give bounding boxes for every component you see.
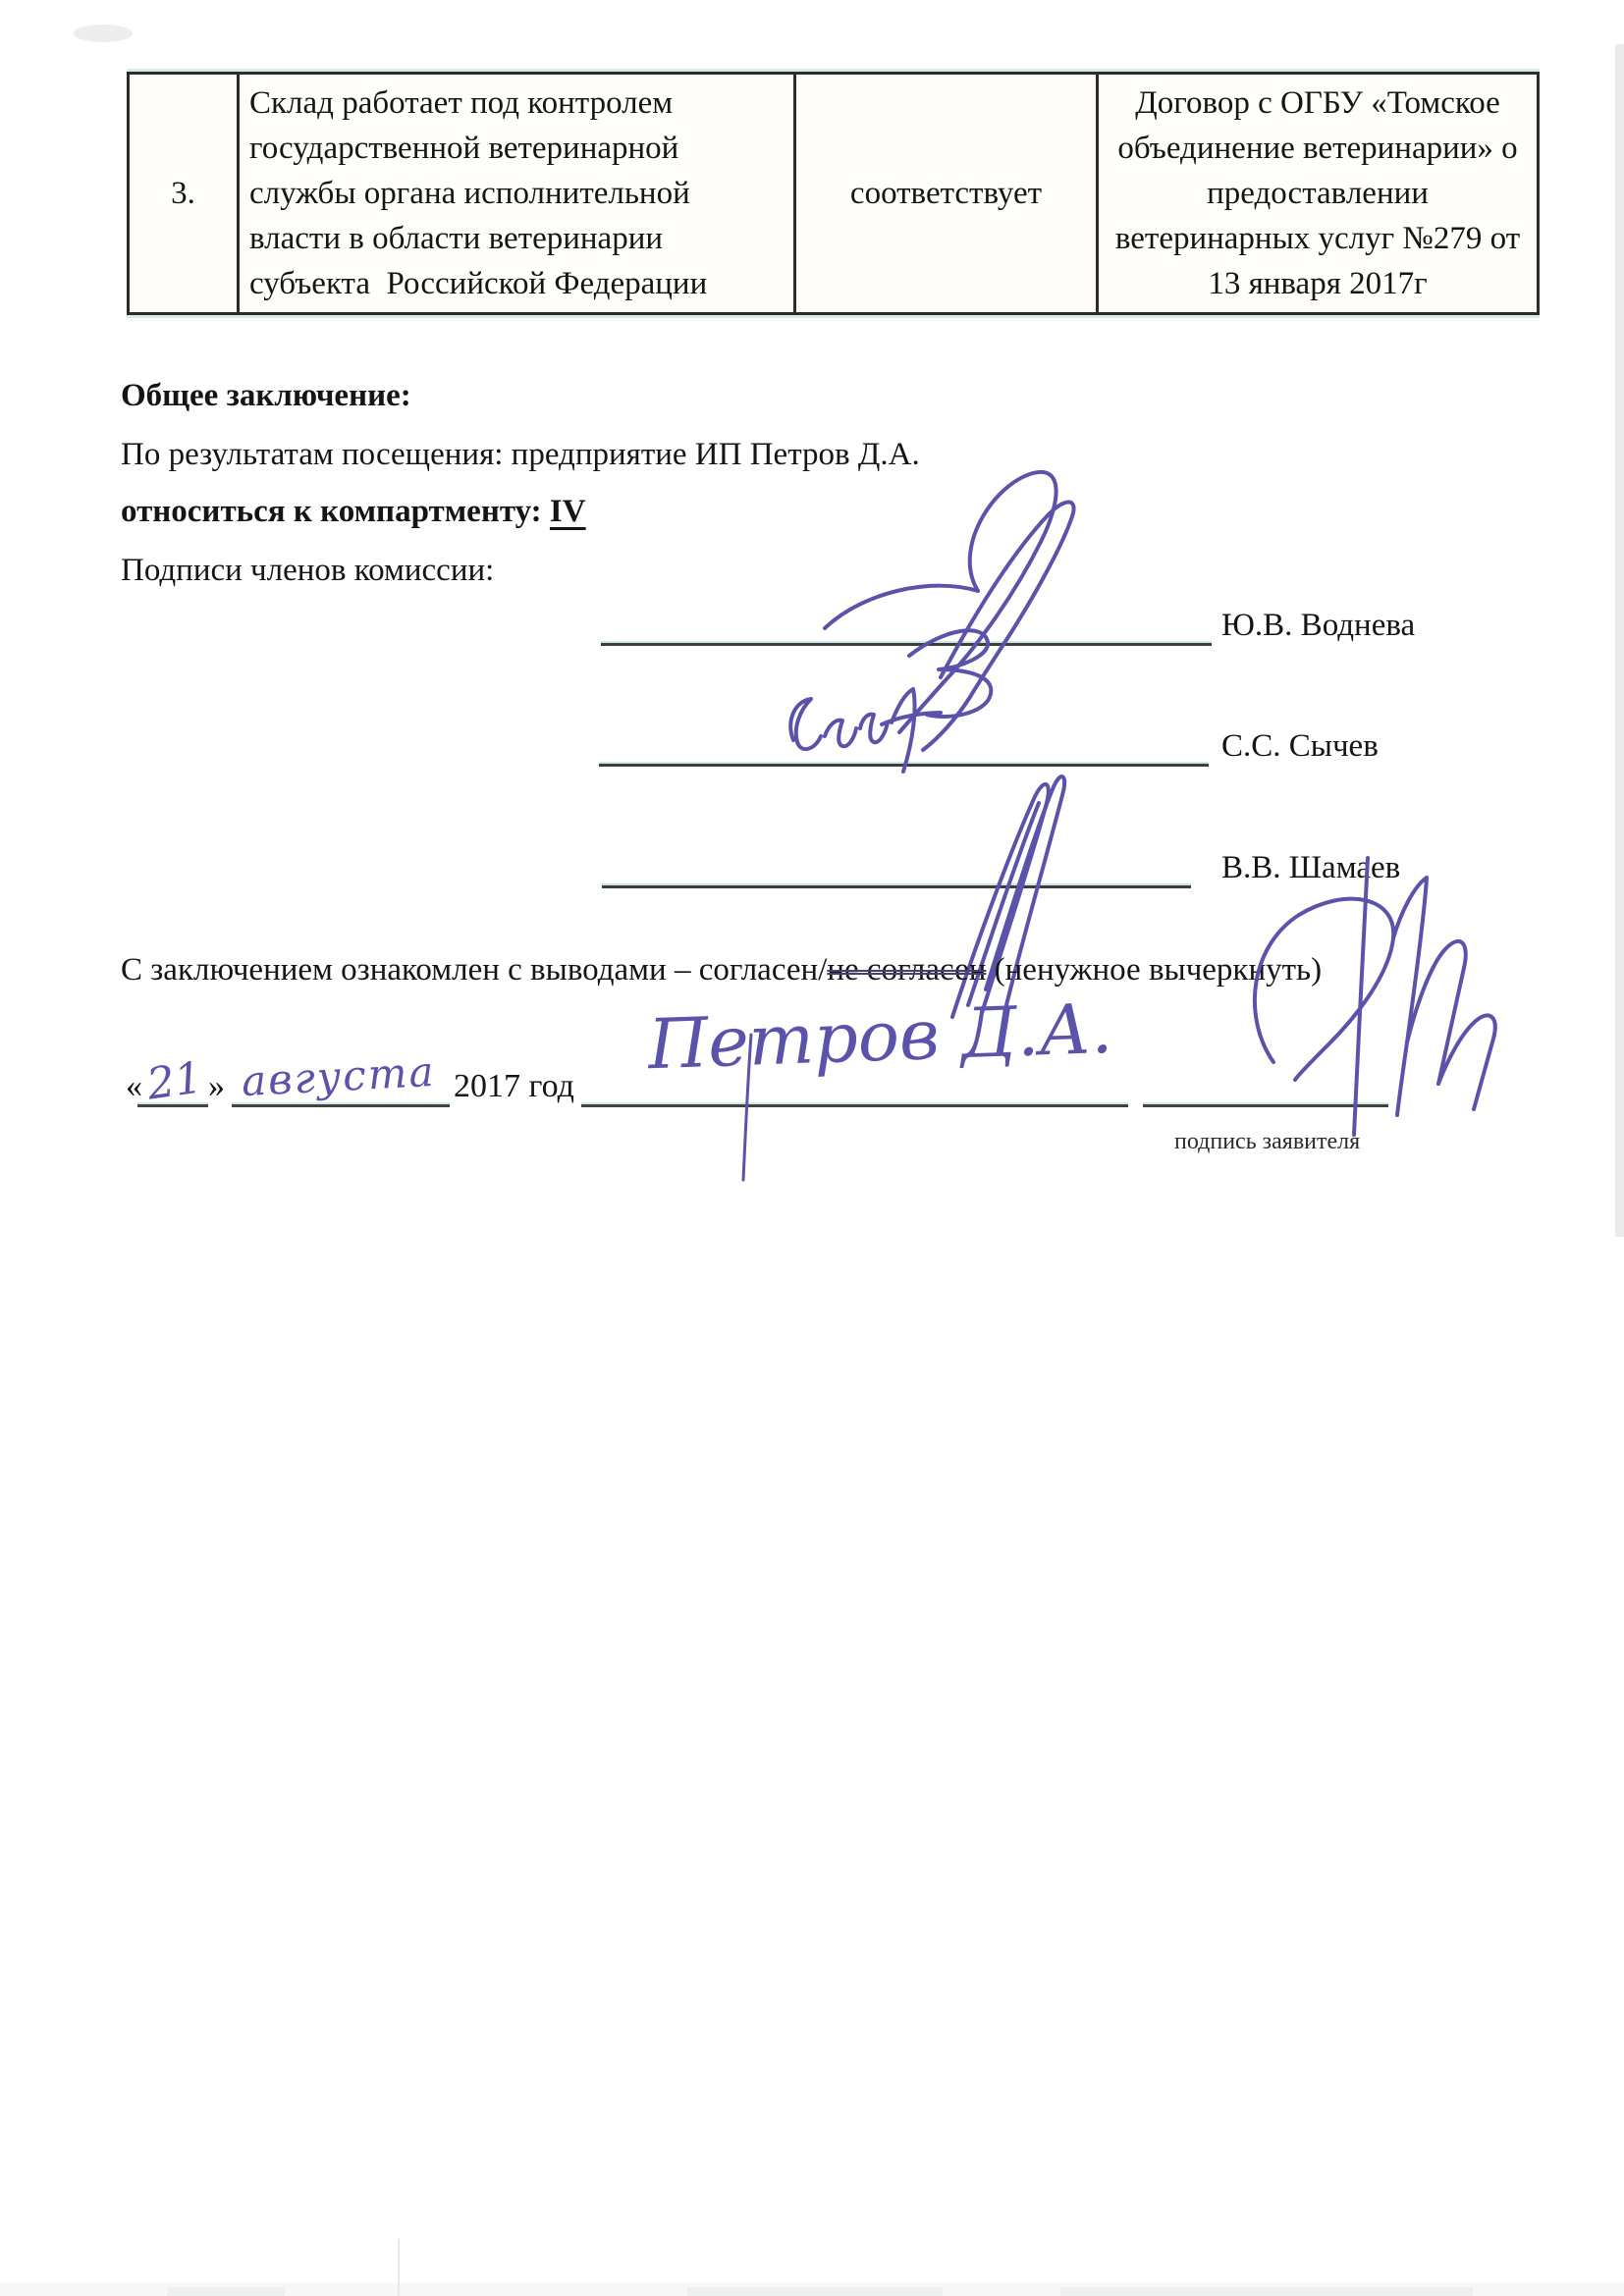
handwritten-month: августа <box>241 1047 437 1105</box>
compartment-prefix: относиться к компартменту: <box>121 494 550 529</box>
month-underline <box>232 1104 450 1107</box>
open-quote: « <box>126 1068 142 1105</box>
applicant-signature <box>1213 852 1551 1139</box>
table-row: 3. Склад работает под контролем государс… <box>129 74 1539 314</box>
scan-edge-shadow-right <box>1615 44 1624 1237</box>
scan-edge-vertical-line <box>398 2239 400 2296</box>
applicant-signature-caption: подпись заявителя <box>1174 1129 1360 1155</box>
acknowledgement-struck-option: не согласен <box>827 952 986 988</box>
year-label: 2017 год <box>454 1068 574 1105</box>
basis-cell: Договор с ОГБУ «Томское объединение вете… <box>1098 74 1539 314</box>
row-number-cell: 3. <box>129 74 239 314</box>
compliance-table: 3. Склад работает под контролем государс… <box>127 72 1540 315</box>
handwritten-applicant-name: Петров Д.А. <box>647 988 1114 1085</box>
scan-edge-segment <box>1060 2287 1473 2296</box>
signatures-label: Подписи членов комиссии: <box>121 551 494 590</box>
scanned-document-page: 3. Склад работает под контролем государс… <box>0 0 1624 2296</box>
acknowledgement-prefix: С заключением ознакомлен с выводами – со… <box>121 952 827 988</box>
requirement-cell: Склад работает под контролем государстве… <box>239 74 795 314</box>
status-cell: соответствует <box>795 74 1098 314</box>
scan-smudge <box>74 25 133 42</box>
conclusion-heading: Общее заключение: <box>121 376 411 415</box>
compartment-line: относиться к компартменту: IV <box>121 492 586 531</box>
commission-member-name: Ю.В. Воднева <box>1221 608 1415 644</box>
scan-edge-segment <box>167 2287 285 2296</box>
scan-edge-segment <box>687 2287 943 2296</box>
acknowledgement-line: С заключением ознакомлен с выводами – со… <box>121 950 1322 989</box>
compartment-value: IV <box>550 494 586 529</box>
handwriting-descender-stroke <box>731 1031 771 1188</box>
applicant-name-underline <box>581 1104 1128 1107</box>
close-quote: » <box>208 1068 225 1105</box>
commission-member-name: С.С. Сычев <box>1221 728 1379 765</box>
day-underline <box>137 1104 208 1107</box>
handwritten-day: 21 <box>144 1052 206 1109</box>
